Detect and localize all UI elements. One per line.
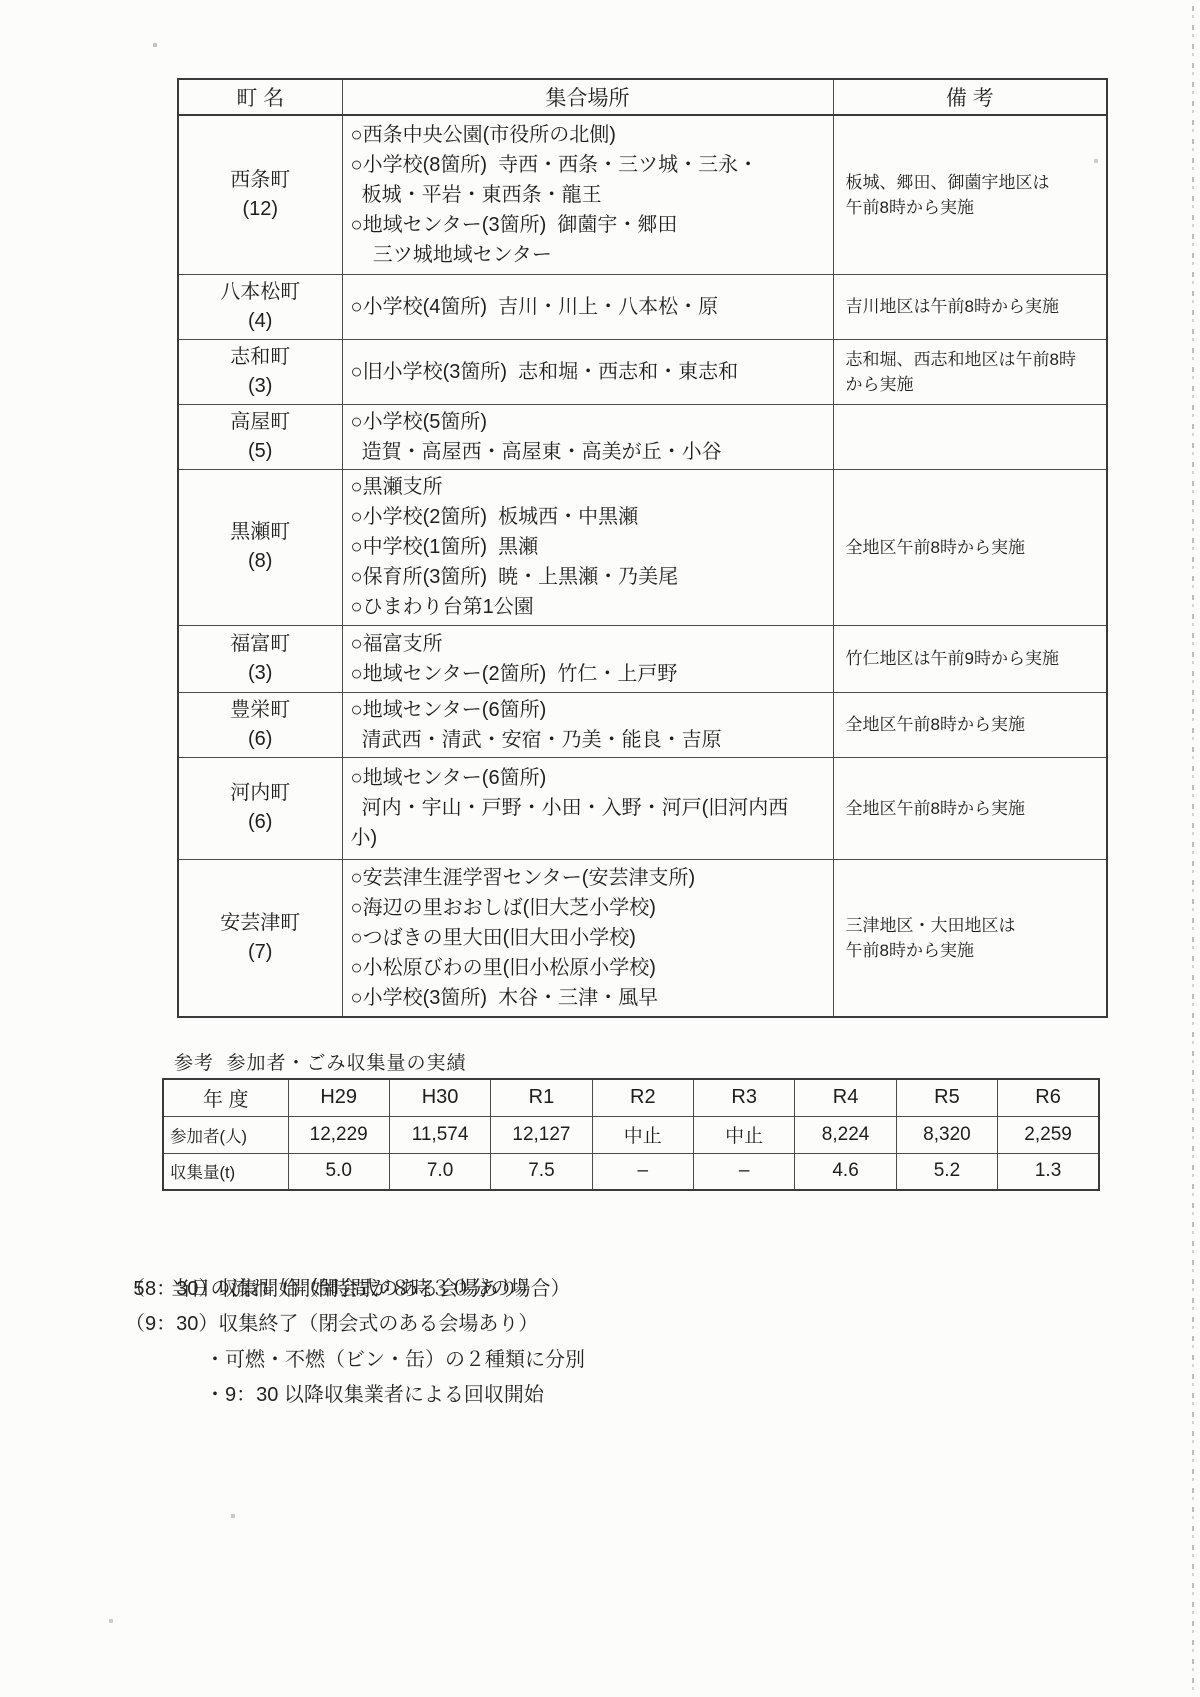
place-line: ○保育所(3箇所) 暁・上黒瀬・乃美尾 [351,562,829,592]
town-name: 西条町 [180,166,341,195]
place-line: ○ひまわり台第1公園 [351,592,829,622]
remarks-cell: 全地区午前8時から実施 [833,757,1107,859]
places-cell: ○小学校(5箇所) 造賀・高屋西・高屋東・高美が丘・小谷 [342,404,833,469]
table-row: 黒瀬町(8)○黒瀬支所○小学校(2箇所) 板城西・中黒瀬○中学校(1箇所) 黒瀬… [178,469,1107,625]
table-row: 西条町(12)○西条中央公園(市役所の北側)○小学校(8箇所) 寺西・西条・三ツ… [178,115,1107,274]
table-row: 八本松町(4)○小学校(4箇所) 吉川・川上・八本松・原吉川地区は午前8時から実… [178,274,1107,339]
place-line: ○地域センター(6箇所) [351,695,829,725]
stat-value-cell: – [694,1153,795,1190]
town-name: 志和町 [180,343,341,372]
remarks-cell: 全地区午前8時から実施 [833,469,1107,625]
remarks-line: 吉川地区は午前8時から実施 [846,294,1101,319]
stat-value-cell: 5.0 [288,1153,389,1190]
flow-section: 5当日の流れ（開始時間が８時３０分の場合） （8：30）収集開始（開会式のある会… [100,1236,585,1414]
remarks-line: 全地区午前8時から実施 [846,712,1101,737]
flow-steps: （8：30）収集開始（開会式のある会場あり）（9：30）収集終了（閉会式のある会… [100,1272,585,1414]
remarks-line: 志和堀、西志和地区は午前8時 [846,347,1101,372]
place-line: 三ツ城地域センター [351,240,829,270]
remarks-line: 全地区午前8時から実施 [846,535,1101,560]
town-count: (6) [180,808,341,837]
flow-step: （8：30）収集開始（開会式のある会場あり） [125,1272,585,1308]
places-cell: ○福富支所○地域センター(2箇所) 竹仁・上戸野 [342,625,833,692]
places-cell: ○地域センター(6箇所) 河内・宇山・戸野・小田・入野・河戸(旧河内西小) [342,757,833,859]
stat-value-cell: 8,320 [896,1116,997,1153]
stat-value-cell: 中止 [592,1116,693,1153]
place-line: ○地域センター(3箇所) 御薗宇・郷田 [351,210,829,240]
town-cell: 福富町(3) [178,625,342,692]
remarks-line: 全地区午前8時から実施 [846,796,1101,821]
place-line: 河内・宇山・戸野・小田・入野・河戸(旧河内西 [351,793,829,823]
table-row: 高屋町(5)○小学校(5箇所) 造賀・高屋西・高屋東・高美が丘・小谷 [178,404,1107,469]
flow-step: ・可燃・不燃（ビン・缶）の２種類に分別 [205,1343,585,1379]
place-line: ○小学校(5箇所) [351,407,829,437]
town-cell: 志和町(3) [178,339,342,404]
place-line: ○黒瀬支所 [351,472,829,502]
stat-value-cell: 7.0 [389,1153,490,1190]
year-header-cell: R5 [896,1079,997,1116]
place-line: ○小学校(4箇所) 吉川・川上・八本松・原 [351,292,829,322]
town-cell: 豊栄町(6) [178,692,342,757]
table-row: 豊栄町(6)○地域センター(6箇所) 清武西・清武・安宿・乃美・能良・吉原全地区… [178,692,1107,757]
year-header-cell: R4 [795,1079,896,1116]
table-row: 安芸津町(7)○安芸津生涯学習センター(安芸津支所)○海辺の里おおしば(旧大芝小… [178,859,1107,1017]
places-cell: ○小学校(4箇所) 吉川・川上・八本松・原 [342,274,833,339]
table-header-row: 町 名 集合場所 備 考 [178,79,1107,115]
place-line: ○安芸津生涯学習センター(安芸津支所) [351,863,829,893]
stat-value-cell: 12,127 [491,1116,592,1153]
remarks-line: 三津地区・大田地区は [846,913,1101,938]
town-count: (3) [180,372,341,401]
stats-header-row: 年 度H29H30R1R2R3R4R5R6 [163,1079,1099,1116]
table-row: 河内町(6)○地域センター(6箇所) 河内・宇山・戸野・小田・入野・河戸(旧河内… [178,757,1107,859]
scan-noise-specks [0,0,2,2]
remarks-cell [833,404,1107,469]
place-line: 清武西・清武・安宿・乃美・能良・吉原 [351,725,829,755]
town-cell: 高屋町(5) [178,404,342,469]
town-cell: 八本松町(4) [178,274,342,339]
town-count: (6) [180,725,341,754]
town-count: (3) [180,659,341,688]
year-header-cell: R6 [998,1079,1099,1116]
town-cell: 黒瀬町(8) [178,469,342,625]
flow-heading: 5当日の流れ（開始時間が８時３０分の場合） [100,1236,585,1272]
town-cell: 安芸津町(7) [178,859,342,1017]
remarks-line: 板城、郷田、御薗宇地区は [846,170,1101,195]
flow-step: （9：30）収集終了（閉会式のある会場あり） [125,1307,585,1343]
place-line: 造賀・高屋西・高屋東・高美が丘・小谷 [351,437,829,467]
stats-data-row: 参加者(人)12,22911,57412,127中止中止8,2248,3202,… [163,1116,1099,1153]
year-header-cell: H30 [389,1079,490,1116]
stat-value-cell: 2,259 [998,1116,1099,1153]
place-line: ○地域センター(6箇所) [351,763,829,793]
town-name: 八本松町 [180,278,341,307]
town-count: (8) [180,547,341,576]
stat-value-cell: 7.5 [491,1153,592,1190]
town-name: 高屋町 [180,408,341,437]
town-name: 豊栄町 [180,696,341,725]
place-line: ○地域センター(2箇所) 竹仁・上戸野 [351,659,829,689]
year-header-cell: R3 [694,1079,795,1116]
remarks-line: 午前8時から実施 [846,938,1101,963]
stats-data-row: 収集量(t)5.07.07.5––4.65.21.3 [163,1153,1099,1190]
scan-edge-artifact [1192,6,1194,1691]
place-line: ○つばきの里大田(旧大田小学校) [351,923,829,953]
places-cell: ○旧小学校(3箇所) 志和堀・西志和・東志和 [342,339,833,404]
column-header-town: 町 名 [178,79,342,115]
stat-label-cell: 収集量(t) [163,1153,288,1190]
table-row: 志和町(3)○旧小学校(3箇所) 志和堀・西志和・東志和志和堀、西志和地区は午前… [178,339,1107,404]
year-header-cell: R1 [491,1079,592,1116]
remarks-line: から実施 [846,372,1101,397]
stat-value-cell: 5.2 [896,1153,997,1190]
year-header-cell: 年 度 [163,1079,288,1116]
stat-value-cell: 8,224 [795,1116,896,1153]
remarks-cell: 三津地区・大田地区は午前8時から実施 [833,859,1107,1017]
place-line: 板城・平岩・東西条・龍王 [351,180,829,210]
places-cell: ○安芸津生涯学習センター(安芸津支所)○海辺の里おおしば(旧大芝小学校)○つばき… [342,859,833,1017]
remarks-cell: 全地区午前8時から実施 [833,692,1107,757]
stat-value-cell: 1.3 [998,1153,1099,1190]
stat-value-cell: 中止 [694,1116,795,1153]
place-line: ○旧小学校(3箇所) 志和堀・西志和・東志和 [351,357,829,387]
stat-value-cell: 4.6 [795,1153,896,1190]
place-line: ○中学校(1箇所) 黒瀬 [351,532,829,562]
remarks-cell: 板城、郷田、御薗宇地区は午前8時から実施 [833,115,1107,274]
place-line: ○海辺の里おおしば(旧大芝小学校) [351,893,829,923]
places-cell: ○黒瀬支所○小学校(2箇所) 板城西・中黒瀬○中学校(1箇所) 黒瀬○保育所(3… [342,469,833,625]
place-line: ○小学校(2箇所) 板城西・中黒瀬 [351,502,829,532]
remarks-line: 午前8時から実施 [846,195,1101,220]
stat-value-cell: 11,574 [389,1116,490,1153]
flow-step: ・9：30 以降収集業者による回収開始 [205,1378,585,1414]
remarks-cell: 志和堀、西志和地区は午前8時から実施 [833,339,1107,404]
town-count: (12) [180,195,341,224]
stat-value-cell: 12,229 [288,1116,389,1153]
places-cell: ○地域センター(6箇所) 清武西・清武・安宿・乃美・能良・吉原 [342,692,833,757]
places-cell: ○西条中央公園(市役所の北側)○小学校(8箇所) 寺西・西条・三ツ城・三永・ 板… [342,115,833,274]
town-name: 黒瀬町 [180,518,341,547]
participation-stats-table: 年 度H29H30R1R2R3R4R5R6参加者(人)12,22911,5741… [162,1078,1100,1191]
place-line: 小) [351,823,829,853]
column-header-place: 集合場所 [342,79,833,115]
place-line: ○西条中央公園(市役所の北側) [351,120,829,150]
place-line: ○福富支所 [351,629,829,659]
town-cell: 河内町(6) [178,757,342,859]
table-row: 福富町(3)○福富支所○地域センター(2箇所) 竹仁・上戸野竹仁地区は午前9時か… [178,625,1107,692]
town-cell: 西条町(12) [178,115,342,274]
town-count: (5) [180,437,341,466]
remarks-cell: 吉川地区は午前8時から実施 [833,274,1107,339]
table-body: 西条町(12)○西条中央公園(市役所の北側)○小学校(8箇所) 寺西・西条・三ツ… [178,115,1107,1017]
column-header-remarks: 備 考 [833,79,1107,115]
town-count: (7) [180,938,341,967]
place-line: ○小学校(8箇所) 寺西・西条・三ツ城・三永・ [351,150,829,180]
remarks-line: 竹仁地区は午前9時から実施 [846,646,1101,671]
stat-value-cell: – [592,1153,693,1190]
year-header-cell: R2 [592,1079,693,1116]
document-page: 町 名 集合場所 備 考 西条町(12)○西条中央公園(市役所の北側)○小学校(… [0,0,1200,1697]
town-name: 福富町 [180,630,341,659]
remarks-cell: 竹仁地区は午前9時から実施 [833,625,1107,692]
meeting-locations-table: 町 名 集合場所 備 考 西条町(12)○西条中央公園(市役所の北側)○小学校(… [177,78,1108,1018]
year-header-cell: H29 [288,1079,389,1116]
town-name: 安芸津町 [180,909,341,938]
place-line: ○小学校(3箇所) 木谷・三津・風早 [351,983,829,1013]
stats-table-body: 年 度H29H30R1R2R3R4R5R6参加者(人)12,22911,5741… [163,1079,1099,1190]
stat-label-cell: 参加者(人) [163,1116,288,1153]
town-name: 河内町 [180,779,341,808]
town-count: (4) [180,307,341,336]
reference-table-title: 参考 参加者・ごみ収集量の実績 [174,1048,467,1075]
place-line: ○小松原びわの里(旧小松原小学校) [351,953,829,983]
